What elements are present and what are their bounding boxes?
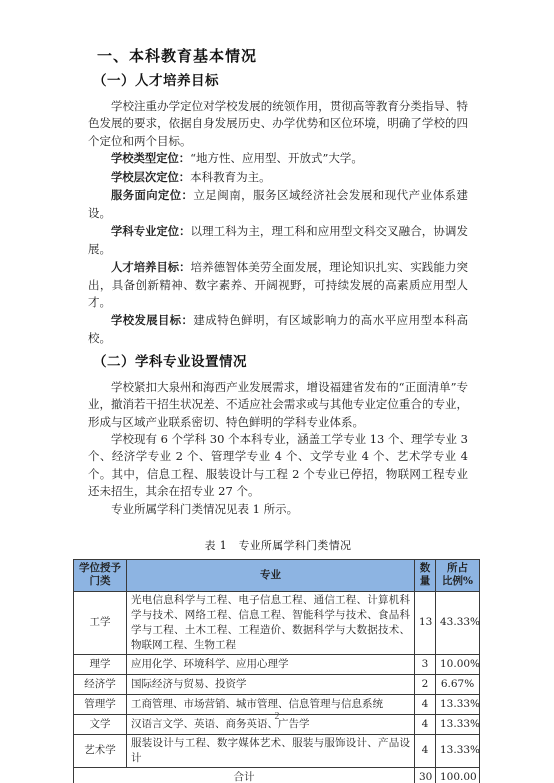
definition-service-orientation: 服务面向定位：立足闽南，服务区域经济社会发展和现代产业体系建设。 [88,187,468,223]
category-cell: 工学 [74,591,127,654]
definition-label: 学校层次定位： [111,172,190,184]
count-cell: 3 [415,654,436,674]
count-cell: 4 [415,734,436,767]
page-content: 一、本科教育基本情况 （一）人才培养目标 学校注重办学定位对学校发展的统领作用，… [0,0,554,783]
percent-cell: 6.67% [436,674,480,694]
definition-discipline-orientation: 学科专业定位：以理工科为主，理工科和应用型文科交叉融合，协调发展。 [88,223,468,259]
majors-cell: 光电信息科学与工程、电子信息工程、通信工程、计算机科学与技术、网络工程、信息工程… [127,591,415,654]
table-header-row: 学位授予 门类 专业 数 量 所占 比例% [74,559,480,591]
header-count: 数 量 [415,559,436,591]
document-page: 一、本科教育基本情况 （一）人才培养目标 学校注重办学定位对学校发展的统领作用，… [0,0,554,783]
majors-cell: 服装设计与工程、数字媒体艺术、服装与服饰设计、产品设计 [127,734,415,767]
paragraph-majors-adjustment: 学校紧扣大泉州和海西产业发展需求，增设福建省发布的“正面清单”专业，撤消若干招生… [88,379,468,431]
count-cell: 13 [415,591,436,654]
definition-development-goal: 学校发展目标：建成特色鲜明，有区域影响力的高水平应用型本科高校。 [88,312,468,348]
subsection-heading-talent-goal: （一）人才培养目标 [93,71,468,91]
definition-label: 服务面向定位： [111,190,193,202]
definition-label: 学校发展目标： [111,315,193,327]
subsection-heading-majors-setup: （二）学科专业设置情况 [93,352,468,372]
majors-cell: 国际经济与贸易、投资学 [127,674,415,694]
definition-label: 学科专业定位： [111,226,191,238]
total-label-cell: 合计 [74,767,415,783]
table-row-arts: 艺术学 服装设计与工程、数字媒体艺术、服装与服饰设计、产品设计 4 13.33% [74,734,480,767]
header-percentage: 所占 比例% [436,559,480,591]
category-cell: 经济学 [74,674,127,694]
percent-cell: 13.33% [436,734,480,767]
definition-school-level: 学校层次定位：本科教育为主。 [88,169,468,187]
total-count-cell: 30 [415,767,436,783]
header-majors: 专业 [127,559,415,591]
definition-text: “地方性、应用型、开放式”大学。 [190,151,363,165]
definition-label: 人才培养目标： [111,262,191,274]
majors-by-discipline-table: 学位授予 门类 专业 数 量 所占 比例% 工学 光电信息科学与工程、电子信息工… [73,559,480,783]
table-row-economics: 经济学 国际经济与贸易、投资学 2 6.67% [74,674,480,694]
table-total-row: 合计 30 100.00 [74,767,480,783]
header-degree-category: 学位授予 门类 [74,559,127,591]
paragraph-majors-statistics: 学校现有 6 个学科 30 个本科专业，涵盖工学专业 13 个、理学专业 3 个… [88,431,468,501]
category-cell: 理学 [74,654,127,674]
definition-talent-goal: 人才培养目标：培养德智体美劳全面发展，理论知识扎实、实践能力突出，具备创新精神、… [88,259,468,312]
definition-label: 学校类型定位： [111,153,190,165]
definition-school-type: 学校类型定位：“地方性、应用型、开放式”大学。 [88,150,468,168]
category-cell: 艺术学 [74,734,127,767]
table-caption: 表 1 专业所属学科门类情况 [88,539,468,553]
percent-cell: 10.00% [436,654,480,674]
count-cell: 2 [415,674,436,694]
page-number: 2 [0,711,554,722]
definition-text: 本科教育为主。 [190,170,271,184]
paragraph-positioning-overview: 学校注重办学定位对学校发展的统领作用，贯彻高等教育分类指导、特色发展的要求，依据… [88,98,468,150]
table-row-engineering: 工学 光电信息科学与工程、电子信息工程、通信工程、计算机科学与技术、网络工程、信… [74,591,480,654]
table-row-science: 理学 应用化学、环境科学、应用心理学 3 10.00% [74,654,480,674]
paragraph-table-reference: 专业所属学科门类情况见表 1 所示。 [88,501,468,518]
total-percent-cell: 100.00 [436,767,480,783]
section-heading: 一、本科教育基本情况 [97,46,468,67]
percent-cell: 43.33% [436,591,480,654]
majors-cell: 应用化学、环境科学、应用心理学 [127,654,415,674]
